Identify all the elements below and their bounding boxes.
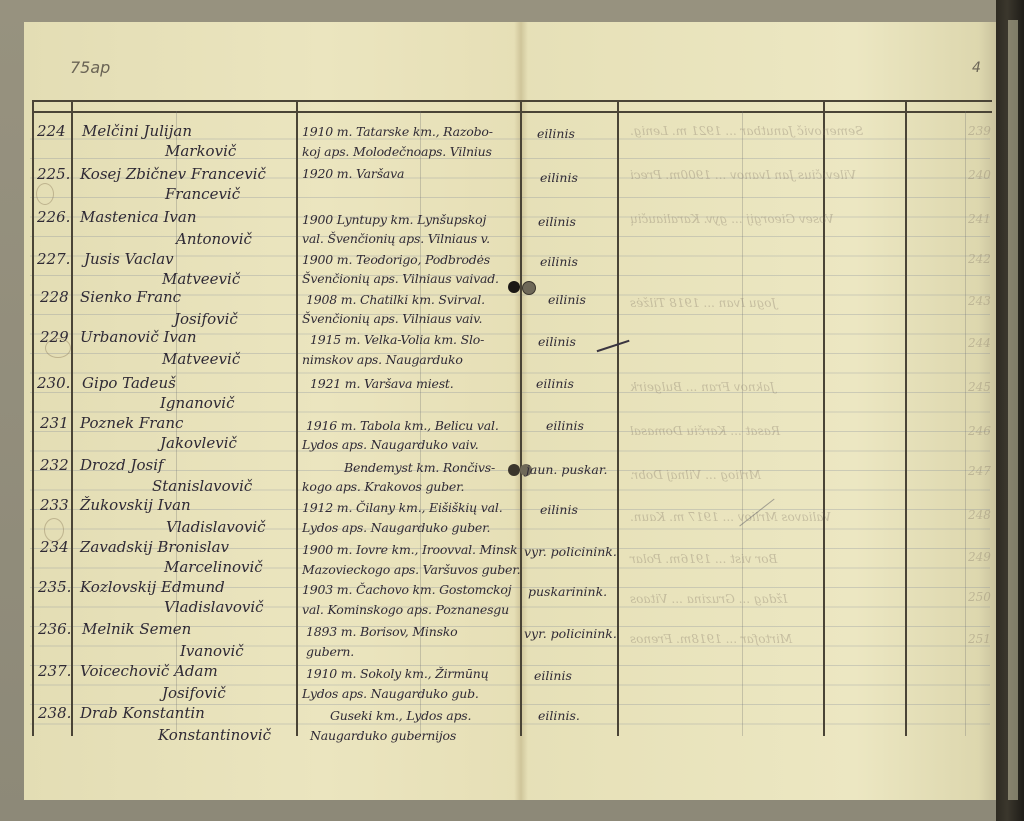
entry-number: 227. [37,250,70,268]
entry-patronymic: Francevič [165,185,240,203]
entry-number: 237. [38,662,71,680]
entry-name: Kozlovskij Edmund [80,578,225,596]
entry-birth-line1: 1900 m. Iovre km., Iroovval. Minsk [302,542,517,557]
entry-name: Melnik Semen [82,620,191,638]
entry-number: 236. [38,620,71,638]
entry-birth-line2: Lydos aps. Naugarduko guber. [302,520,490,535]
entry-patronymic: Vladislavovič [164,598,264,616]
entry-patronymic: Josifovič [162,684,226,702]
entry-number: 228 [40,288,69,306]
entry-patronymic: Vladislavovič [166,518,266,536]
entry-birth-line2: val. Kominskogo aps. Poznanesgu [302,602,509,617]
entry-birth-line1: 1903 m. Čachovo km. Gostomckoj [302,582,511,597]
entry-name: Zavadskij Bronislav [80,538,229,556]
punch-hole [522,281,536,295]
entry-name: Voicechovič Adam [80,662,218,680]
entry-name: Urbanovič Ivan [80,328,197,346]
entry-occupation: eilinis [538,334,576,349]
entry-patronymic: Markovič [165,142,236,160]
entry-birth-line2: Lydos aps. Naugarduko gub. [302,686,479,701]
entry-birth-line1: 1912 m. Čilany km., Eišiškių val. [302,500,502,515]
column-divider [520,100,522,736]
entry-name: Drozd Josif [80,456,164,474]
entry-birth-line1: 1910 m. Sokoly km., Žirmūnų [306,666,488,681]
entry-number: 234 [40,538,69,556]
entry-patronymic: Konstantinovič [158,726,271,744]
entry-birth-line1: Guseki km., Lydos aps. [330,708,471,723]
entry-birth-line1: 1916 m. Tabola km., Belicu val. [306,418,499,433]
entry-number: 231 [40,414,69,432]
entry-occupation: eilinis [540,502,578,517]
entry-patronymic: Ignanovič [160,394,235,412]
entry-name: Poznek Franc [80,414,183,432]
punch-hole [508,281,520,293]
entry-patronymic: Marcelinovič [164,558,263,576]
entry-occupation: eilinis. [538,708,580,723]
entry-occupation: eilinis [538,214,576,229]
next-page-edge [1008,20,1018,800]
entry-occupation: vyr. policinink. [524,626,617,641]
entry-number: 224 [37,122,66,140]
entry-patronymic: Stanislavovič [152,477,252,495]
entry-birth-line2: val. Švenčionių aps. Vilniaus v. [302,231,490,246]
entry-number: 238. [38,704,71,722]
entry-birth-line2: koj aps. Molodečnoaps. Vilnius [302,144,492,159]
entry-birth-line2: gubern. [306,644,354,659]
entry-name: Gipo Tadeuš [82,374,176,392]
entry-name: Kosej Zbičnev Francevič [80,165,266,183]
entry-patronymic: Matveevič [162,270,240,288]
entry-name: Žukovskij Ivan [80,496,191,514]
column-divider [617,100,619,736]
entry-birth-line1: Bendemyst km. Rončivs- [344,460,495,475]
paper-stain [36,183,54,205]
column-divider [296,100,298,736]
entry-birth-line1: 1915 m. Velka-Volia km. Slo- [310,332,484,347]
column-divider [71,100,73,736]
entry-birth-line2: nimskov aps. Naugarduko [302,352,463,367]
entry-patronymic: Matveevič [162,350,240,368]
punch-hole [508,464,520,476]
entry-birth-line1: 1920 m. Varšava [302,166,404,181]
faint-column-guide [965,111,966,736]
entry-birth-line2: Naugarduko gubernijos [310,728,456,743]
entry-name: Melčini Julijan [82,122,192,140]
page-number-note: 4 [972,60,981,76]
entry-occupation: eilinis [536,376,574,391]
entry-name: Drab Konstantin [80,704,205,722]
entry-birth-line1: 1900 m. Teodorigo, Podbrodės [302,252,490,267]
entry-occupation: eilinis [534,668,572,683]
entry-birth-line1: 1893 m. Borisov, Minsko [306,624,458,639]
entry-number: 230. [37,374,70,392]
entry-patronymic: Josifovič [174,310,238,328]
entry-birth-line2: Švenčionių aps. Vilniaus vaivad. [302,271,499,286]
entry-patronymic: Antonovič [176,230,252,248]
entry-birth-line1: 1900 Lyntupy km. Lynšupskoj [302,212,486,227]
entry-birth-line2: kogo aps. Krakovos guber. [302,479,464,494]
entry-birth-line2: Švenčionių aps. Vilniaus vaiv. [302,311,482,326]
entry-name: Sienko Franc [80,288,181,306]
table-top-rule [32,100,992,102]
entry-occupation: vyr. policinink. [524,544,617,559]
entry-number: 226. [37,208,70,226]
entry-number: 232 [40,456,69,474]
entry-occupation: eilinis [546,418,584,433]
entry-occupation: eilinis [540,254,578,269]
entry-occupation: jaun. puskar. [526,462,607,477]
entry-patronymic: Jakovlevič [160,434,237,452]
entry-birth-line1: 1910 m. Tatarske km., Razobo- [302,124,493,139]
column-divider [905,100,907,736]
entry-name: Jusis Vaclav [84,250,174,268]
entry-birth-line2: Lydos aps. Naugarduko vaiv. [302,437,479,452]
entry-occupation: eilinis [540,170,578,185]
entry-birth-line1: 1908 m. Chatilki km. Svirval. [306,292,485,307]
entry-occupation: puskarinink. [528,584,607,599]
entry-number: 233 [40,496,69,514]
column-divider [823,100,825,736]
entry-patronymic: Ivanovič [180,642,244,660]
entry-number: 225. [37,165,70,183]
entry-birth-line1: 1921 m. Varšava miest. [310,376,454,391]
entry-birth-line2: Mazovieckogo aps. Varšuvos guber. [302,562,520,577]
entry-number: 235. [38,578,71,596]
entry-occupation: eilinis [537,126,575,141]
entry-occupation: eilinis [548,292,586,307]
entry-number: 229 [40,328,69,346]
entry-name: Mastenica Ivan [80,208,196,226]
archive-reference-note: 75ap [70,58,110,77]
column-divider [32,100,34,736]
